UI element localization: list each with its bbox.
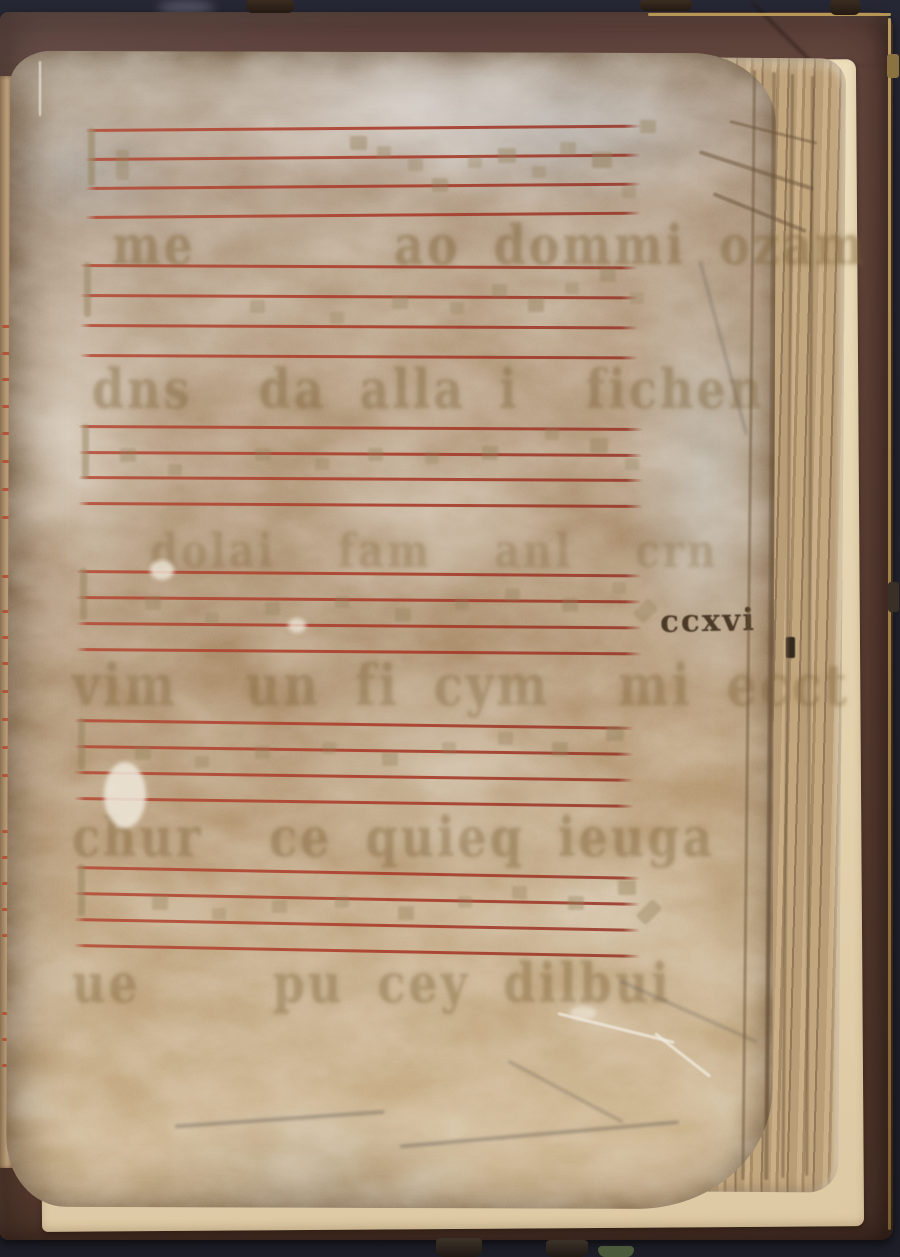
parchment-grain-texture [6, 51, 776, 1210]
binding-foot [598, 1246, 634, 1257]
gilt-cover-edge-right [888, 18, 891, 1230]
parchment-page [6, 51, 776, 1210]
manuscript-photo: ccxvi me ao dommi ozamdns da alla i fich… [0, 0, 900, 1257]
binding-clasp-fitting [888, 582, 899, 612]
binding-hardware-knob [246, 0, 294, 13]
binding-foot [436, 1238, 482, 1257]
binding-hardware-knob [640, 0, 692, 11]
binding-foot [546, 1240, 588, 1257]
binding-clasp-fitting [887, 54, 899, 78]
binding-hardware-knob [830, 0, 860, 15]
